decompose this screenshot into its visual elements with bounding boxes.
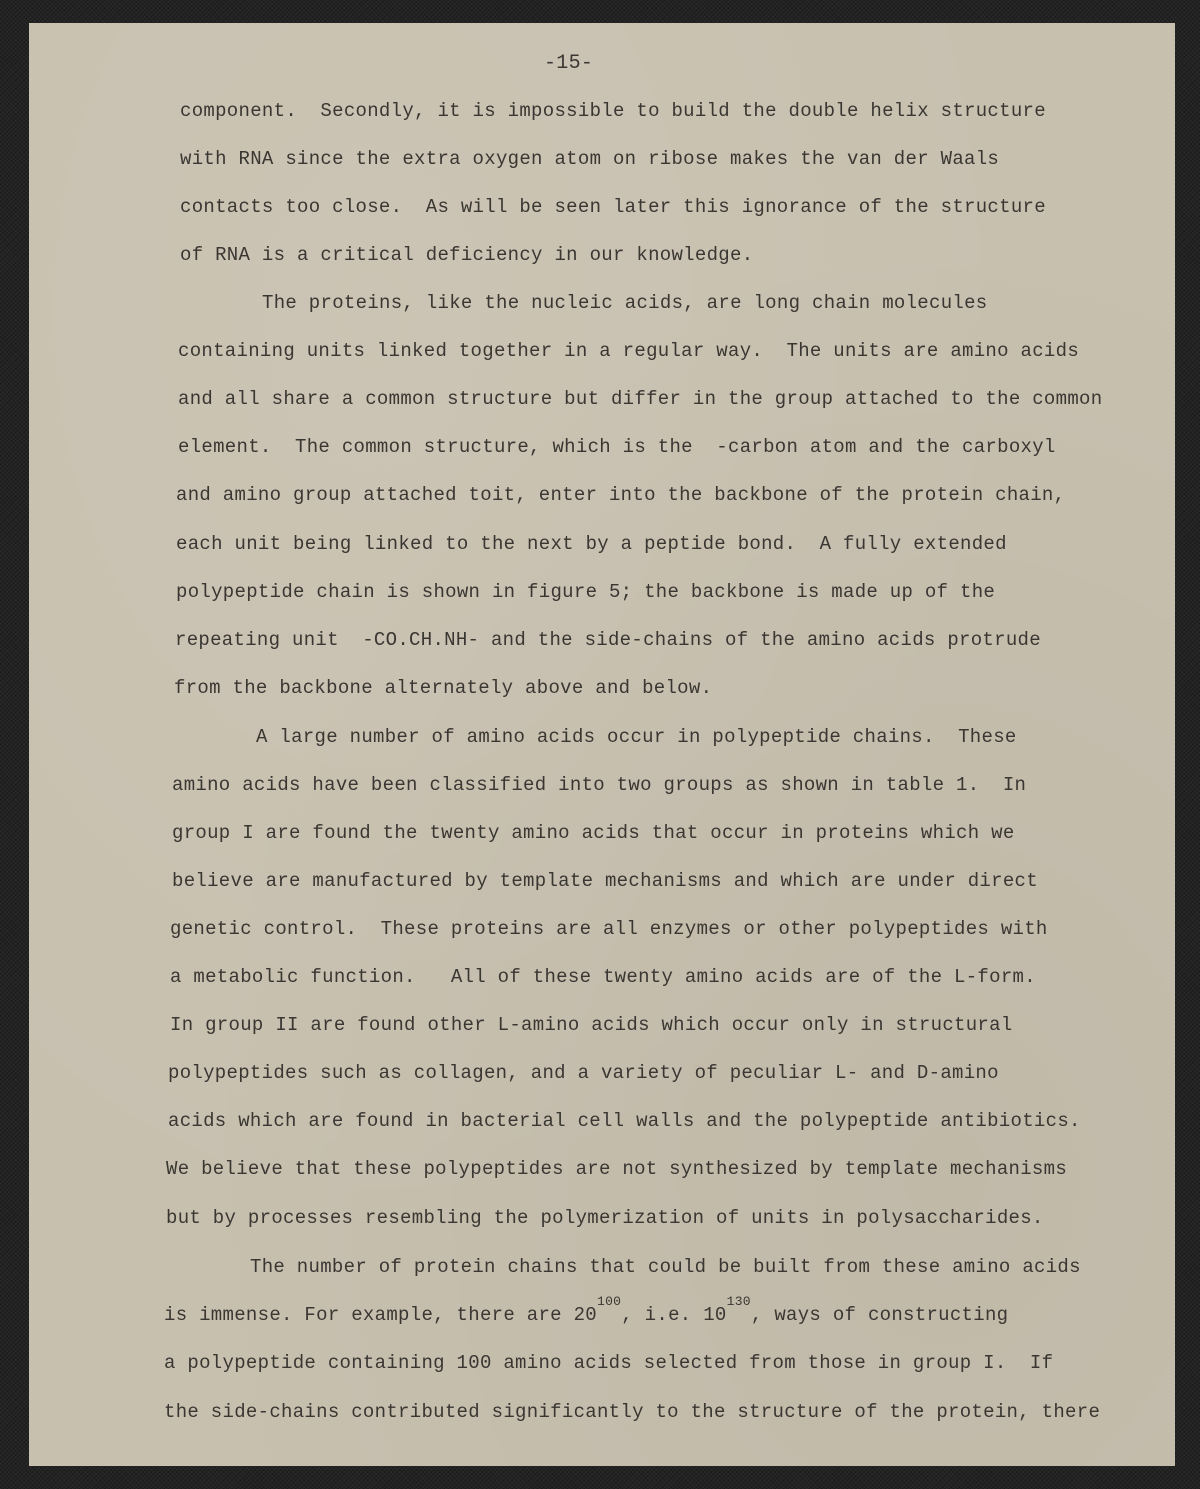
text-line: believe are manufactured by template mec… [172, 870, 1038, 892]
text-line: of RNA is a critical deficiency in our k… [180, 244, 753, 266]
text-line: polypeptides such as collagen, and a var… [168, 1062, 999, 1084]
text-fragment: , ways of constructing [751, 1304, 1008, 1326]
text-line: amino acids have been classified into tw… [172, 774, 1026, 796]
text-line: a metabolic function. All of these twent… [170, 966, 1036, 988]
superscript: 100 [597, 1294, 621, 1309]
text-line: containing units linked together in a re… [178, 340, 1079, 362]
text-line: each unit being linked to the next by a … [176, 533, 1007, 555]
text-line: In group II are found other L-amino acid… [170, 1014, 1013, 1036]
text-line: from the backbone alternately above and … [174, 677, 712, 699]
text-line: element. The common structure, which is … [178, 436, 1056, 458]
text-line: group I are found the twenty amino acids… [172, 822, 1015, 844]
text-line: component. Secondly, it is impossible to… [180, 100, 1046, 122]
text-line: We believe that these polypeptides are n… [166, 1158, 1067, 1180]
text-line: with RNA since the extra oxygen atom on … [180, 148, 999, 170]
superscript: 130 [727, 1294, 751, 1309]
text-line-exponent: is immense. For example, there are 20100… [164, 1304, 1008, 1326]
text-line: but by processes resembling the polymeri… [166, 1207, 1044, 1229]
text-line: genetic control. These proteins are all … [170, 918, 1048, 940]
text-line: and all share a common structure but dif… [178, 388, 1102, 410]
text-line: acids which are found in bacterial cell … [168, 1110, 1081, 1132]
text-line: The number of protein chains that could … [250, 1256, 1081, 1278]
page-number: -15- [544, 52, 593, 75]
text-line: A large number of amino acids occur in p… [256, 726, 1017, 748]
text-line: contacts too close. As will be seen late… [180, 196, 1046, 218]
text-line: and amino group attached toit, enter int… [176, 484, 1065, 506]
text-line: a polypeptide containing 100 amino acids… [164, 1352, 1053, 1374]
text-line: polypeptide chain is shown in figure 5; … [176, 581, 995, 603]
text-fragment: is immense. For example, there are 20 [164, 1304, 597, 1326]
text-line: repeating unit -CO.CH.NH- and the side-c… [175, 629, 1041, 651]
text-line: the side-chains contributed significantl… [164, 1401, 1100, 1423]
text-fragment: , i.e. 10 [621, 1304, 726, 1326]
text-line: The proteins, like the nucleic acids, ar… [262, 292, 988, 314]
